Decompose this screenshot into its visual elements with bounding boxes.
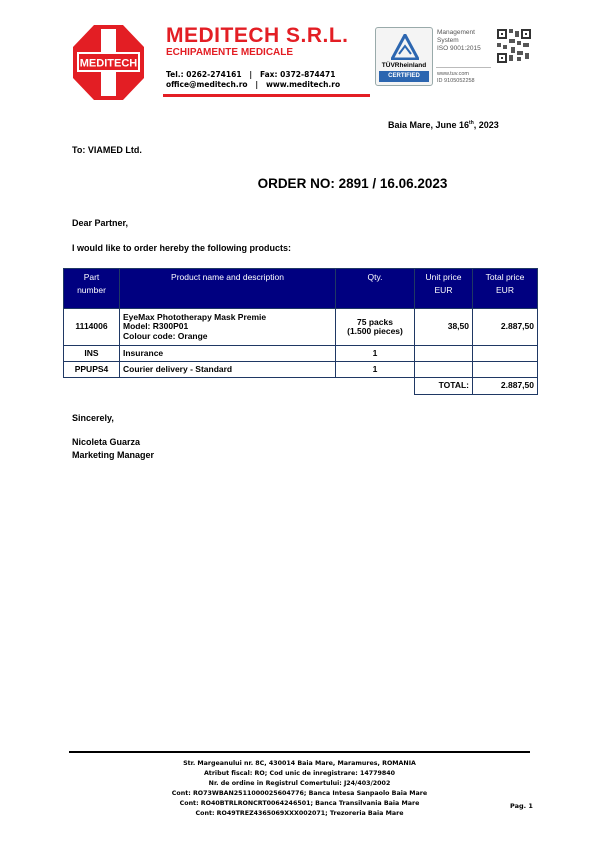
total-price: 2.887,50 xyxy=(473,309,538,346)
cert-id: ID 9105052258 xyxy=(437,78,475,85)
total-price xyxy=(473,346,538,362)
order-table: Part number Product name and description… xyxy=(63,268,538,395)
company-logo: MEDITECH xyxy=(73,25,144,100)
footer-bank-account: Cont: RO73WBAN2511000025604776; Banca In… xyxy=(69,789,530,799)
unit-price xyxy=(415,346,473,362)
col-unit-price: Unit price EUR xyxy=(415,269,473,309)
cert-line: System xyxy=(437,37,481,45)
footer: Str. Margeanului nr. 8C, 430014 Baia Mar… xyxy=(69,759,530,819)
tuv-certified: CERTIFIED xyxy=(379,71,429,82)
total-value: 2.887,50 xyxy=(473,378,538,395)
cert-divider xyxy=(436,67,491,68)
company-name: MEDITECH S.R.L. xyxy=(166,24,349,48)
date-year: , 2023 xyxy=(474,120,499,130)
signer-title: Marketing Manager xyxy=(72,449,154,462)
table-row: 1114006 EyeMax Phototherapy Mask Premie … xyxy=(64,309,538,346)
part-number: PPUPS4 xyxy=(64,362,120,378)
order-title: ORDER NO: 2891 / 16.06.2023 xyxy=(258,176,448,191)
cert-url: www.tuv.com xyxy=(437,71,475,78)
cert-line: Management xyxy=(437,29,481,37)
col-qty: Qty. xyxy=(336,269,415,309)
table-header-row: Part number Product name and description… xyxy=(64,269,538,309)
footer-bank-account: Cont: RO49TREZ4365069XXX002071; Trezorer… xyxy=(69,809,530,819)
qr-code-icon xyxy=(497,29,531,63)
letter-date: Baia Mare, June 16th, 2023 xyxy=(388,120,499,130)
intro-text: I would like to order hereby the followi… xyxy=(72,243,291,253)
footer-registry: Nr. de ordine in Registrul Comertului: J… xyxy=(69,779,530,789)
unit-price: 38,50 xyxy=(415,309,473,346)
col-product: Product name and description xyxy=(120,269,336,309)
product-description: EyeMax Phototherapy Mask Premie Model: R… xyxy=(120,309,336,346)
part-number: 1114006 xyxy=(64,309,120,346)
date-text: Baia Mare, June 16 xyxy=(388,120,469,130)
cert-standard: ISO 9001:2015 xyxy=(437,45,481,53)
page-number: Pag. 1 xyxy=(510,802,533,810)
footer-divider xyxy=(69,751,530,753)
product-colour: Colour code: Orange xyxy=(123,332,332,342)
quantity: 1 xyxy=(336,362,415,378)
svg-text:MEDITECH: MEDITECH xyxy=(80,58,138,70)
col-total-price: Total price EUR xyxy=(473,269,538,309)
closing: Sincerely, xyxy=(72,413,114,423)
company-contact: Tel.: 0262-274161 | Fax: 0372-874471 off… xyxy=(166,70,340,90)
quantity-pieces: (1.500 pieces) xyxy=(339,327,411,337)
tuv-brand: TÜVRheinland xyxy=(376,62,432,69)
header-divider xyxy=(163,94,370,97)
product-description: Courier delivery - Standard xyxy=(120,362,336,378)
cert-info: www.tuv.com ID 9105052258 xyxy=(437,71,475,84)
contact-phone-fax: Tel.: 0262-274161 | Fax: 0372-874471 xyxy=(166,70,340,80)
greeting: Dear Partner, xyxy=(72,218,128,228)
table-row: INS Insurance 1 xyxy=(64,346,538,362)
iso-certification: TÜVRheinland CERTIFIED Management System… xyxy=(375,27,535,87)
recipient: To: VIAMED Ltd. xyxy=(72,145,142,155)
signer-name: Nicoleta Guarza xyxy=(72,436,154,449)
footer-bank-account: Cont: RO40BTRLRONCRT0064246501; Banca Tr… xyxy=(69,799,530,809)
product-description: Insurance xyxy=(120,346,336,362)
signature-block: Nicoleta Guarza Marketing Manager xyxy=(72,436,154,462)
table-total-row: TOTAL: 2.887,50 xyxy=(64,378,538,395)
cert-system: Management System ISO 9001:2015 xyxy=(437,29,481,53)
quantity: 75 packs (1.500 pieces) xyxy=(336,309,415,346)
table-row: PPUPS4 Courier delivery - Standard 1 xyxy=(64,362,538,378)
company-subtitle: ECHIPAMENTE MEDICALE xyxy=(166,47,293,58)
contact-email-web: office@meditech.ro | www.meditech.ro xyxy=(166,80,340,90)
total-label: TOTAL: xyxy=(415,378,473,395)
blank-cell xyxy=(64,378,415,395)
footer-address: Str. Margeanului nr. 8C, 430014 Baia Mar… xyxy=(69,759,530,769)
quantity: 1 xyxy=(336,346,415,362)
unit-price xyxy=(415,362,473,378)
tuv-badge: TÜVRheinland CERTIFIED xyxy=(375,27,433,86)
total-price xyxy=(473,362,538,378)
tuv-triangle-icon xyxy=(391,34,419,60)
col-part-number: Part number xyxy=(64,269,120,309)
order-title-wrap: ORDER NO: 2891 / 16.06.2023 xyxy=(0,176,595,191)
footer-fiscal: Atribut fiscal: RO; Cod unic de inregist… xyxy=(69,769,530,779)
part-number: INS xyxy=(64,346,120,362)
